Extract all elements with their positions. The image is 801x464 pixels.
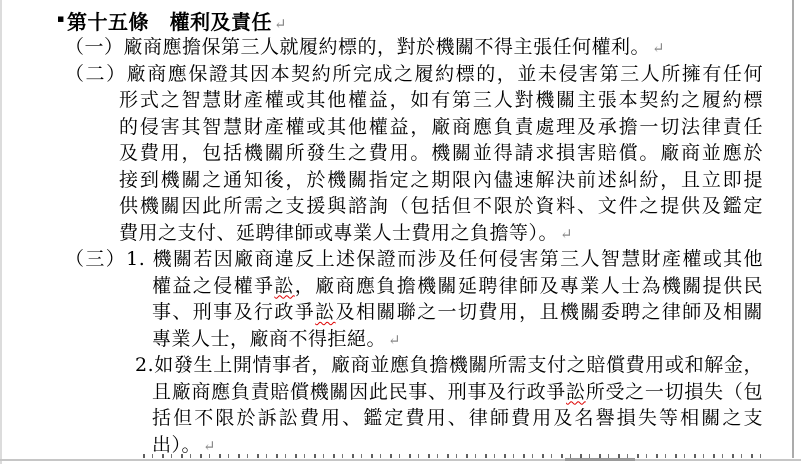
item-1-text: （一）廠商應擔保第三人就履約標的，對於機關不得主張任何權利。 (65, 36, 650, 58)
item-2-line-1: （二）廠商應保證其因本契約所完成之履約標的，並未侵害第三人所擁有任何 (0, 61, 801, 88)
item-2-line-6: 供機關因此所需之支援與諮詢（包括但不限於資料、文件之提供及鑑定 (0, 193, 801, 220)
bottom-edge-dark-segment (565, 458, 635, 461)
item-2-text-4: 及費用，包括機關所發生之費用。機關並得請求損害賠償。廠商並應於 (119, 142, 763, 164)
item-2-text-5: 接到機關之通知後，於機關指定之期限內儘速解決前述糾紛，且立即提 (119, 169, 763, 191)
item-2-text-6: 供機關因此所需之支援與諮詢（包括但不限於資料、文件之提供及鑑定 (119, 195, 763, 217)
item-3-sub-1-line-1: （三）1. 機關若因廠商違反上述保證而涉及任何侵害第三人智慧財產權或其他 (0, 246, 801, 273)
item-3-sub-1-text-2: 權益之侵權爭訟，廠商應負擔機關延聘律師及專業人士為機關提供民 (152, 275, 763, 297)
item-3-sub-2-line-1: 2.如發生上開情事者，廠商並應負擔機關所需支付之賠償費用或和解金， (0, 352, 801, 379)
item-3-sub-2-line-3: 括但不限於訴訟費用、鑑定費用、律師費用及名譽損失等相關之支 (0, 405, 801, 432)
item-3-sub-2-text-4: 出）。 (152, 434, 201, 456)
paragraph-mark: ↵ (652, 39, 665, 57)
spellcheck-squiggle: 訟 (315, 301, 335, 323)
item-3-sub-1-line-3: 事、刑事及行政爭訟及相關聯之一切費用，且機關委聘之律師及相關 (0, 299, 801, 326)
page-bottom-edge (0, 459, 801, 461)
paragraph-mark: ↵ (560, 225, 573, 243)
item-3-sub-1-text-4: 專業人士，廠商不得拒絕。 (152, 328, 386, 350)
spellcheck-squiggle: 訟 (566, 381, 586, 403)
item-3-sub-1-text-1: （三）1. 機關若因廠商違反上述保證而涉及任何侵害第三人智慧財產權或其他 (65, 248, 763, 270)
item-2-line-2: 形式之智慧財產權或其他權益，如有第三人對機關主張本契約之履約標 (0, 87, 801, 114)
item-1-line: （一）廠商應擔保第三人就履約標的，對於機關不得主張任何權利。↵ (0, 34, 801, 61)
item-3-sub-2-line-2: 且廠商應負責賠償機關因此民事、刑事及行政爭訟所受之一切損失（包 (0, 379, 801, 406)
clause-15-heading: ▪第十五條 權利及責任↵ (0, 4, 801, 34)
item-3-sub-2-text-3: 括但不限於訴訟費用、鑑定費用、律師費用及名譽損失等相關之支 (152, 407, 763, 429)
item-2-line-4: 及費用，包括機關所發生之費用。機關並得請求損害賠償。廠商並應於 (0, 140, 801, 167)
item-2-text-7: 費用之支付、延聘律師或專業人士費用之負擔等）。 (119, 222, 558, 244)
item-2-line-5: 接到機關之通知後，於機關指定之期限內儘速解決前述糾紛，且立即提 (0, 167, 801, 194)
item-2-text-3: 的侵害其智慧財產權或其他權益，廠商應負責處理及承擔一切法律責任 (119, 116, 763, 138)
item-3-sub-1-text-3: 事、刑事及行政爭訟及相關聯之一切費用，且機關委聘之律師及相關 (152, 301, 763, 323)
spellcheck-squiggle: 訟 (274, 275, 294, 297)
clause-15-heading-text: 第十五條 權利及責任 (67, 10, 272, 34)
item-3-sub-2-text-1: 2.如發生上開情事者，廠商並應負擔機關所需支付之賠償費用或和解金， (135, 354, 763, 376)
clipped-bottom-text-line (143, 454, 770, 458)
paragraph-mark: ↵ (274, 15, 287, 33)
item-2-line-3: 的侵害其智慧財產權或其他權益，廠商應負責處理及承擔一切法律責任 (0, 114, 801, 141)
item-2-text-1: （二）廠商應保證其因本契約所完成之履約標的，並未侵害第三人所擁有任何 (65, 63, 763, 85)
item-3-sub-1-line-4: 專業人士，廠商不得拒絕。↵ (0, 326, 801, 353)
page-right-edge (792, 0, 794, 458)
document-page: ▪第十五條 權利及責任↵ （一）廠商應擔保第三人就履約標的，對於機關不得主張任何… (0, 0, 801, 464)
page-left-edge (0, 0, 2, 464)
item-3-sub-1-line-2: 權益之侵權爭訟，廠商應負擔機關延聘律師及專業人士為機關提供民 (0, 273, 801, 300)
outline-bullet-icon: ▪ (57, 12, 65, 25)
paragraph-mark: ↵ (203, 437, 216, 455)
item-3-sub-2-text-2: 且廠商應負責賠償機關因此民事、刑事及行政爭訟所受之一切損失（包 (152, 381, 763, 403)
item-2-line-7: 費用之支付、延聘律師或專業人士費用之負擔等）。↵ (0, 220, 801, 247)
paragraph-mark: ↵ (388, 331, 401, 349)
item-2-text-2: 形式之智慧財產權或其他權益，如有第三人對機關主張本契約之履約標 (119, 89, 763, 111)
